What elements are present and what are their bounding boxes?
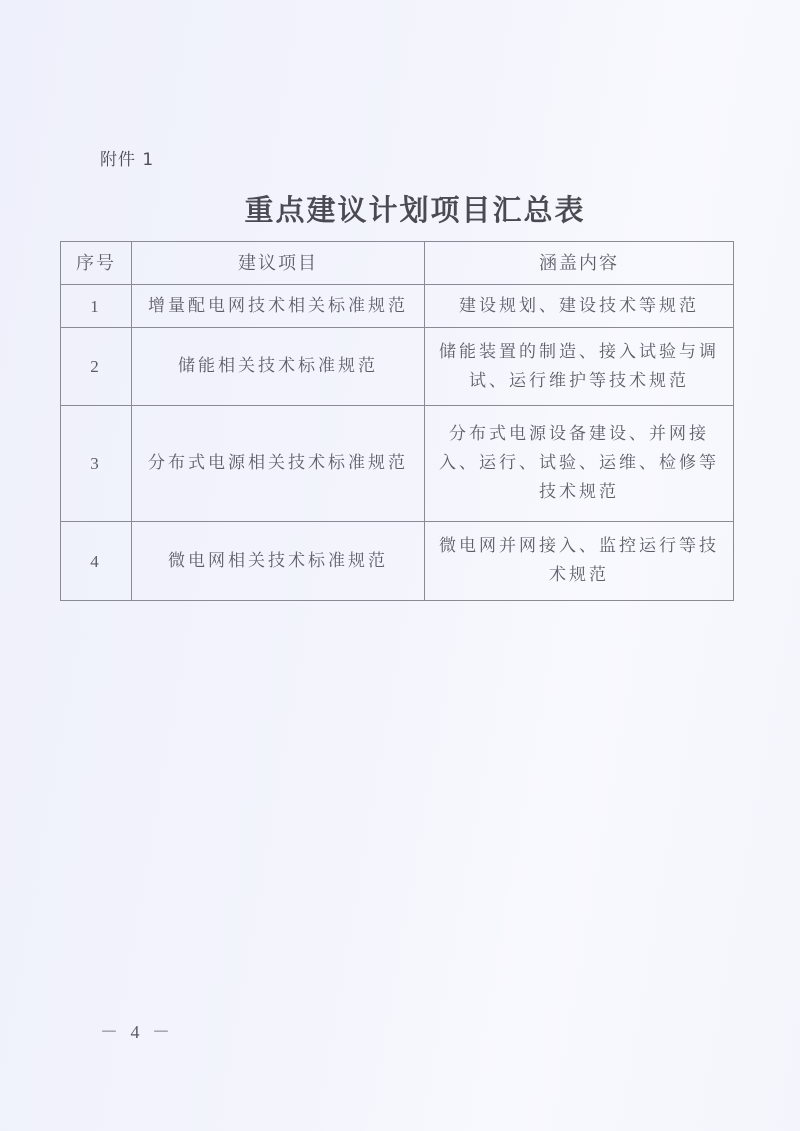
summary-table: 序号 建议项目 涵盖内容 1 增量配电网技术相关标准规范 建设规划、建设技术等规…: [60, 241, 734, 601]
row-item: 分布式电源相关技术标准规范: [132, 406, 425, 522]
row-item: 微电网相关技术标准规范: [132, 522, 425, 601]
row-content: 微电网并网接入、监控运行等技术规范: [425, 522, 734, 601]
attachment-label: 附件 1: [100, 145, 154, 170]
row-index: 4: [61, 522, 132, 601]
column-header-content: 涵盖内容: [425, 242, 734, 285]
row-index: 3: [61, 406, 132, 522]
column-header-item: 建议项目: [132, 242, 425, 285]
page-number: － 4 －: [100, 1018, 174, 1044]
table-row: 3 分布式电源相关技术标准规范 分布式电源设备建设、并网接入、运行、试验、运维、…: [61, 406, 734, 522]
table-row: 1 增量配电网技术相关标准规范 建设规划、建设技术等规范: [61, 285, 734, 328]
table-row: 2 储能相关技术标准规范 储能装置的制造、接入试验与调试、运行维护等技术规范: [61, 328, 734, 406]
row-item: 储能相关技术标准规范: [132, 328, 425, 406]
row-content: 储能装置的制造、接入试验与调试、运行维护等技术规范: [425, 328, 734, 406]
row-index: 1: [61, 285, 132, 328]
row-content: 分布式电源设备建设、并网接入、运行、试验、运维、检修等技术规范: [425, 406, 734, 522]
row-item: 增量配电网技术相关标准规范: [132, 285, 425, 328]
column-header-index: 序号: [61, 242, 132, 285]
row-content: 建设规划、建设技术等规范: [425, 285, 734, 328]
row-index: 2: [61, 328, 132, 406]
table-header-row: 序号 建议项目 涵盖内容: [61, 242, 734, 285]
document-title: 重点建议计划项目汇总表: [0, 188, 800, 229]
table-row: 4 微电网相关技术标准规范 微电网并网接入、监控运行等技术规范: [61, 522, 734, 601]
